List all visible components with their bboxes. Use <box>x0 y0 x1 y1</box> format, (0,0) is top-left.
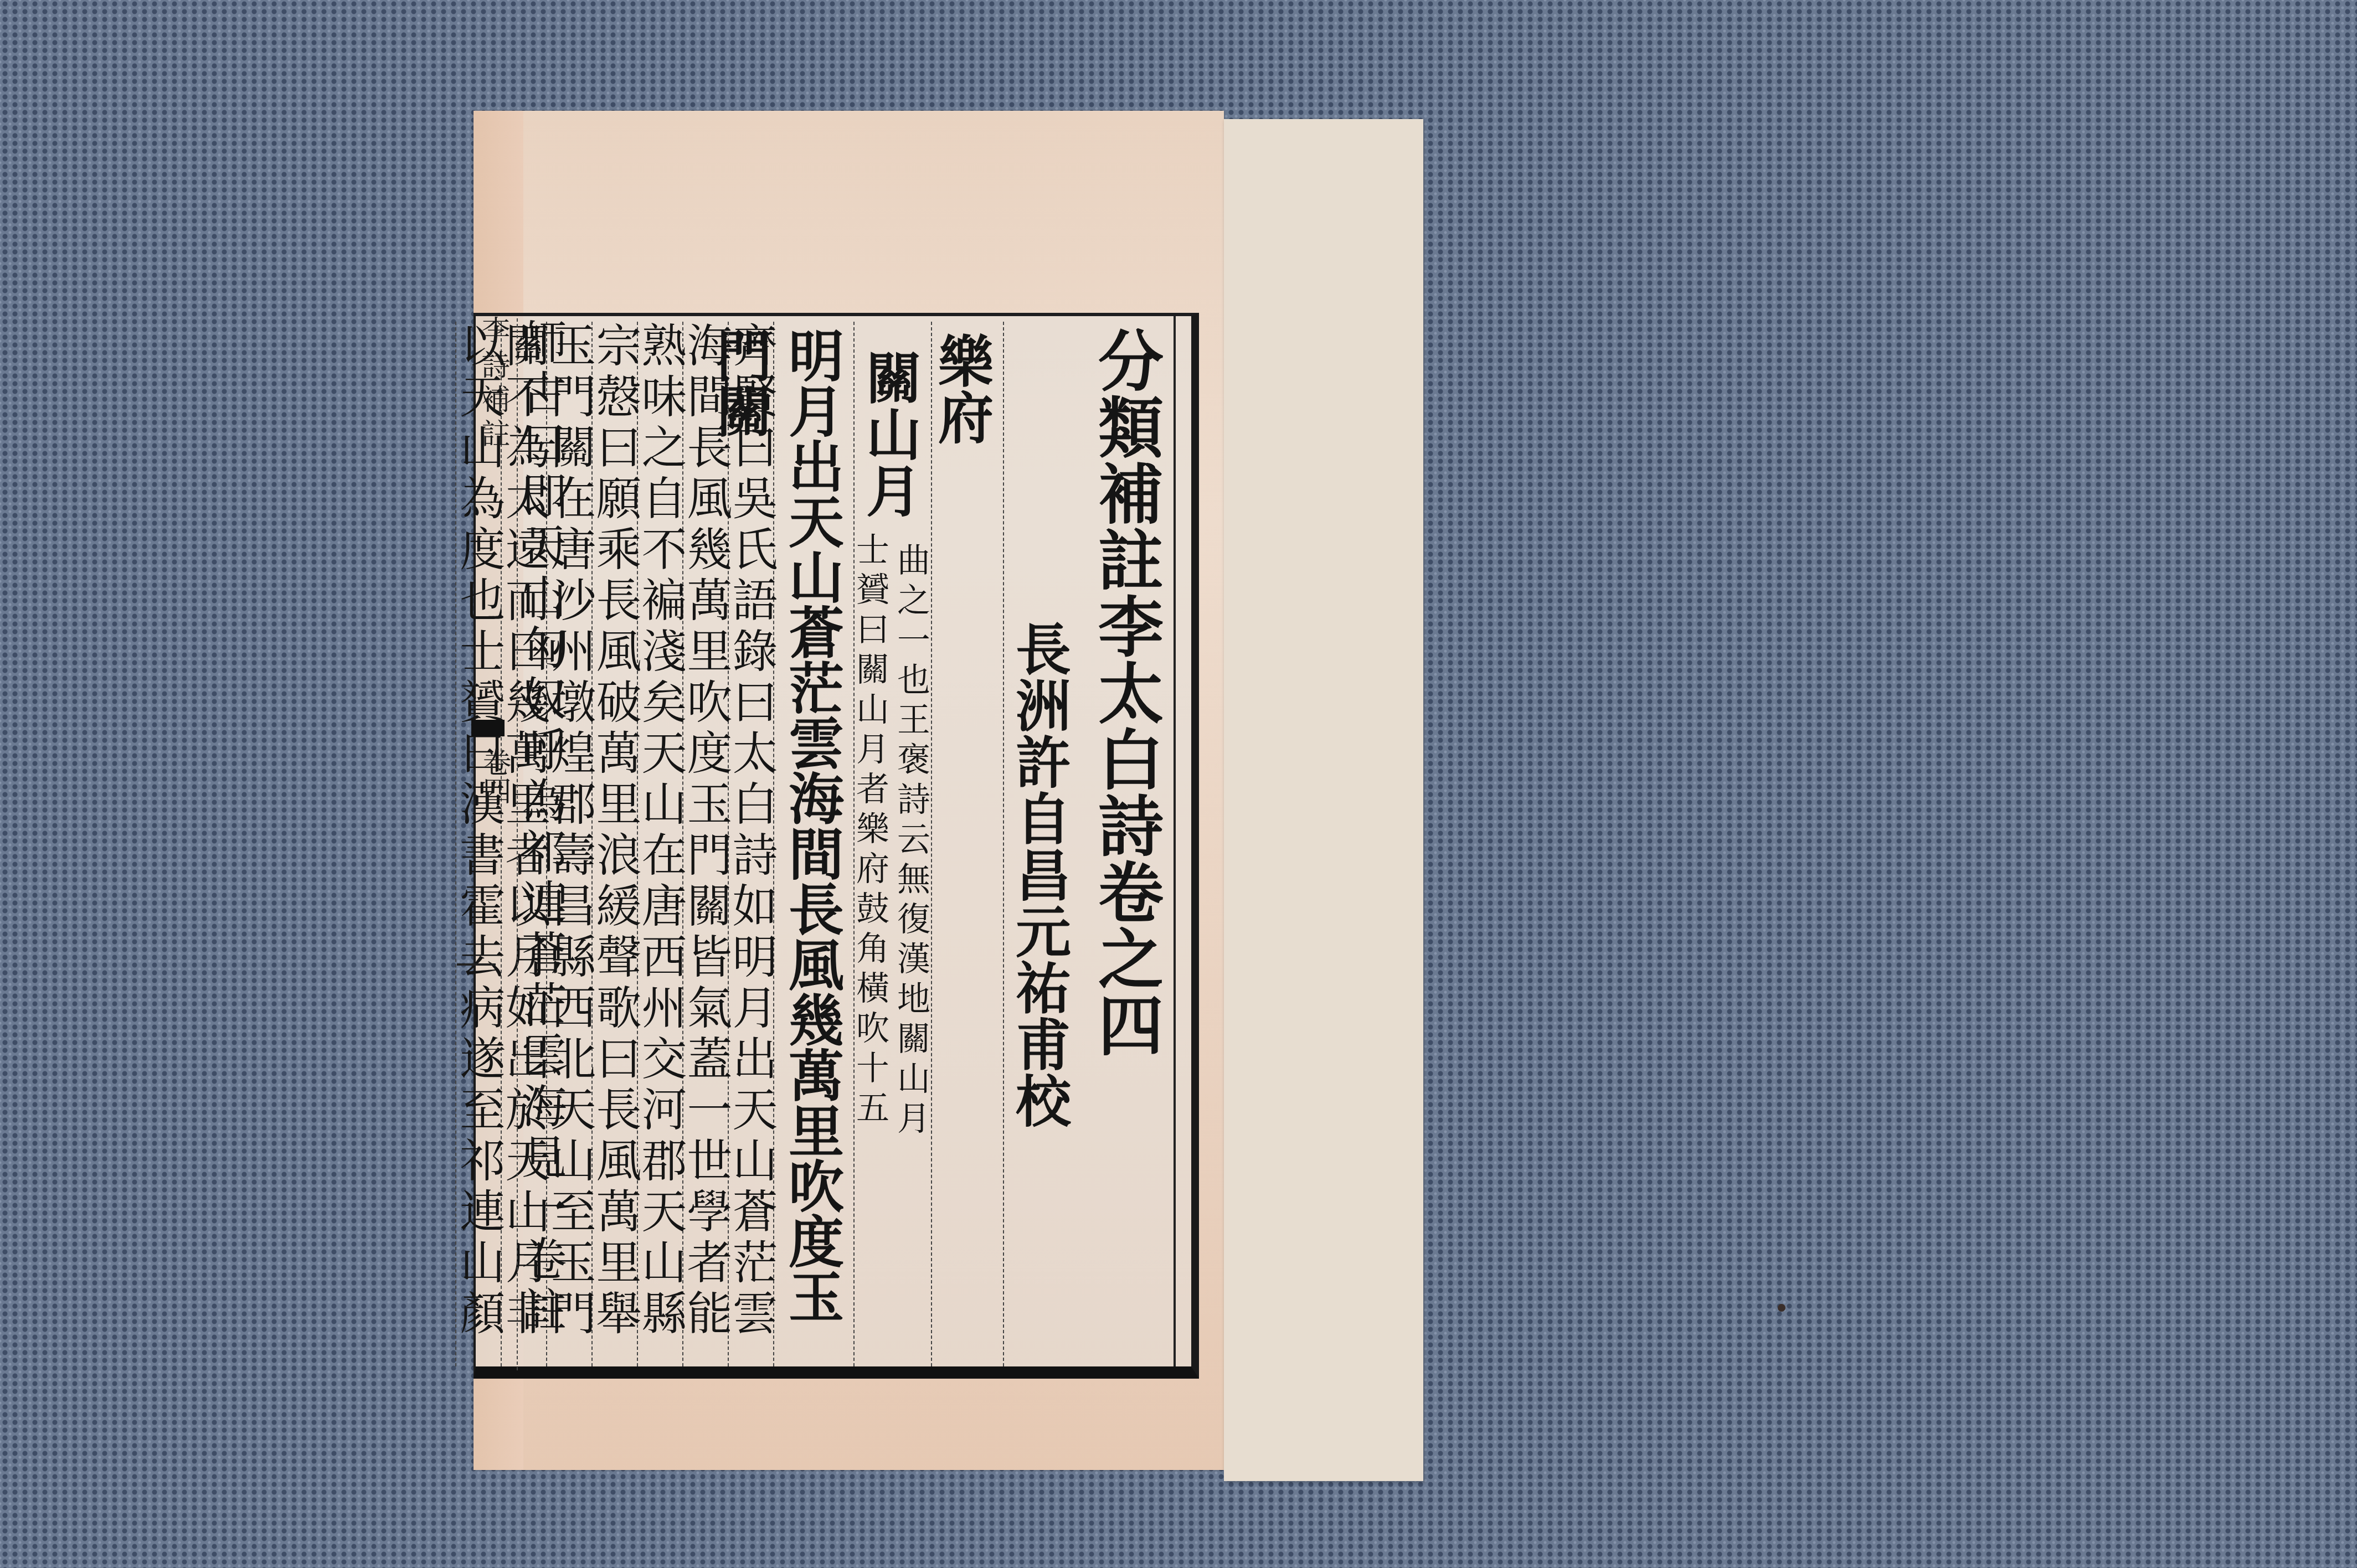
block-margin-title: 李詩補註 <box>476 316 510 453</box>
ink-spot <box>1778 1304 1785 1312</box>
commentary-line-2: 海間長風幾萬里吹度玉門關皆氣蓋一世學者能 <box>682 322 728 1366</box>
left-page: 分類補註李太白詩卷之四 長洲許自昌元祐甫校 樂府 關山月 士贇曰關山月者樂府鼓角… <box>474 111 1224 1470</box>
commentary-line-8: 師古曰即天山匈奴呼為祁連蒼茫雲海見一卷註 <box>517 318 562 1370</box>
double-border-rule <box>1174 316 1176 1366</box>
poem-line: 明月出天山蒼茫雲海間長風幾萬里吹度玉門關 <box>773 322 848 1366</box>
section-heading: 樂府 <box>931 322 1003 1366</box>
page-number-rule <box>457 963 496 966</box>
poem-title-note-left: 曲之一也王褒詩云無復漢地關山月 <box>892 543 930 1141</box>
fish-tail-mark <box>471 720 505 736</box>
commentary-line-3: 熟味之自不褊淺矣天山在唐西州交河郡天山縣 <box>637 322 682 1366</box>
right-page-blank <box>1224 119 1423 1481</box>
block-margin-volume: 卷四 <box>474 747 515 805</box>
editor-column: 長洲許自昌元祐甫校 <box>1003 322 1080 1366</box>
page-number: 一 <box>479 1030 506 1068</box>
commentary-line-1: 齊賢曰吳氏語錄曰太白詩如明月出天山蒼茫雲 <box>728 322 773 1366</box>
printed-text-block: 分類補註李太白詩卷之四 長洲許自昌元祐甫校 樂府 關山月 士贇曰關山月者樂府鼓角… <box>474 313 1199 1379</box>
title-column: 分類補註李太白詩卷之四 <box>1084 327 1167 1366</box>
commentary-line-4: 宗慤曰願乘長風破萬里浪緩聲歌曰長風萬里舉 <box>591 322 637 1366</box>
poem-title-note-right: 士贇曰關山月者樂府鼓角橫吹十五 <box>851 322 889 1366</box>
